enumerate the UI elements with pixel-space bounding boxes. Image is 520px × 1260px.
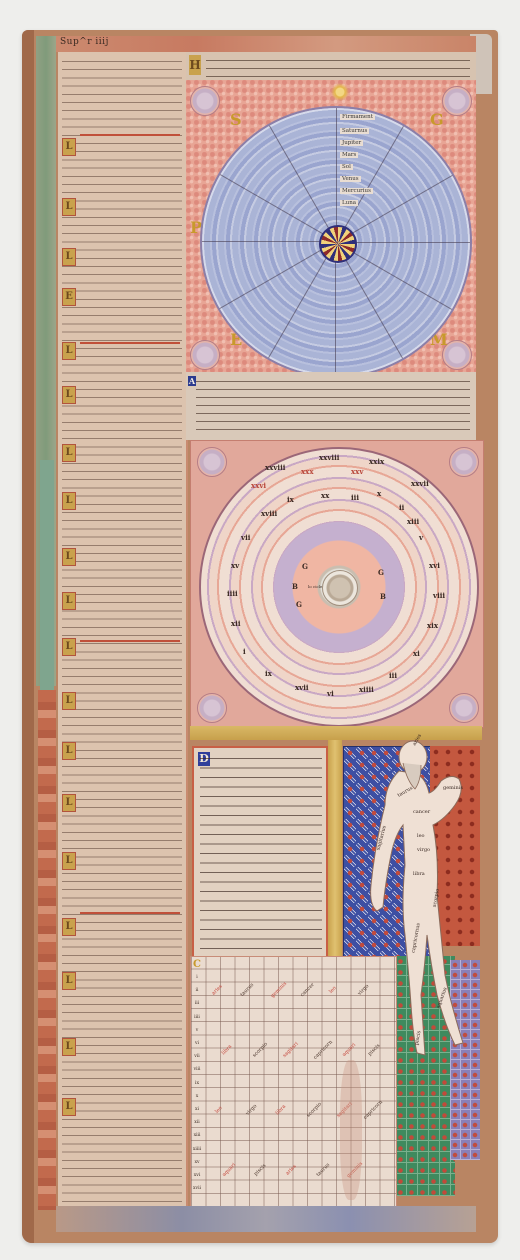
sun-icon: [330, 82, 350, 102]
caption-initial: H: [189, 55, 201, 75]
sign-cell: aquari: [221, 1162, 237, 1178]
row-number: iii: [191, 997, 203, 1010]
red-border-strip: [38, 690, 56, 1210]
corner-medallion: [190, 86, 220, 116]
celestial-spheres-disc: Firmament Saturnus Jupiter Mars Sol Venu…: [200, 106, 472, 378]
left-text-column: L L L E L L L L L L L L L L L L L L L: [58, 52, 188, 1212]
row-number: ii: [191, 984, 203, 997]
ring-numeral: xv: [231, 561, 239, 570]
zodiac-label: cancer: [413, 809, 430, 815]
gold-initial: C: [193, 959, 201, 970]
sphere-label: Mars: [340, 152, 358, 158]
sphere-label: Saturnus: [340, 128, 369, 134]
row-number: ix: [191, 1077, 203, 1090]
spoke-line: [219, 241, 336, 309]
corner-medallion: [197, 447, 227, 477]
lunar-disc: xxviii xxix xxx xxv xxviii xxvi xxvii xx…: [199, 447, 479, 727]
lunar-calendar-wheel: xxviii xxix xxx xxv xxviii xxvi xxvii xx…: [190, 440, 484, 728]
outer-numeral: xxix: [369, 457, 384, 466]
ring-numeral: xx: [321, 491, 329, 500]
sphere-label: Mercurius: [340, 188, 373, 194]
illuminated-initial: L: [62, 972, 76, 990]
row-number: viii: [191, 1063, 203, 1076]
zodiac-instructions-text: D: [192, 746, 328, 958]
dominical-letter: B: [380, 592, 386, 601]
sign-cell: leo: [328, 985, 338, 995]
sign-cell: piscis: [367, 1043, 381, 1057]
corner-medallion: [197, 693, 227, 723]
outer-numeral: xxviii: [319, 453, 339, 462]
moon-sign-table: C i ii iii iiii v vi vii viii ix x xi xi…: [190, 956, 397, 1208]
zodiac-label: libra: [413, 871, 425, 877]
sign-cell: capricorn: [362, 1099, 384, 1121]
sphere-label: Firmament: [340, 114, 375, 120]
lunar-inner-ring: G B G G B lo cicle de la luna: [274, 522, 404, 652]
dominical-letter: G: [378, 568, 384, 577]
volvelle-pivot: [322, 570, 358, 606]
sign-cell: capricorn: [312, 1039, 334, 1061]
illuminated-initial: L: [62, 248, 76, 266]
corner-medallion: [449, 693, 479, 723]
illuminated-initial: L: [62, 918, 76, 936]
rubric-line: [80, 342, 180, 344]
ring-numeral: xii: [231, 619, 241, 628]
gilded-pillar: [328, 740, 342, 956]
zodiac-label: leo: [417, 833, 425, 839]
ring-numeral: iiii: [227, 589, 238, 598]
ring-numeral: vii: [241, 533, 250, 542]
illuminated-initial: L: [62, 138, 76, 156]
sign-cell: taurus: [315, 1162, 331, 1178]
green-border-strip-lower: [40, 460, 54, 690]
sign-cell: aries: [211, 983, 224, 996]
sphere-label: Jupiter: [340, 140, 363, 146]
sign-cell: sagitari: [282, 1041, 300, 1059]
ring-numeral: x: [377, 489, 381, 498]
outer-numeral: xxvii: [411, 479, 429, 488]
header-label: Sup^r iiij: [60, 37, 109, 47]
lunar-wheel-caption: A: [186, 372, 476, 440]
row-number: xvi: [191, 1169, 203, 1182]
ring-numeral: viii: [433, 591, 445, 600]
ring-numeral: ix: [265, 669, 272, 678]
illuminated-initial: L: [62, 592, 76, 610]
sign-cell: libra: [221, 1044, 234, 1057]
illuminated-initial: L: [62, 198, 76, 216]
spoke-line: [220, 174, 337, 242]
illuminated-initial: L: [62, 638, 76, 656]
sign-cell: leo: [214, 1105, 224, 1115]
caption-initial: A: [188, 376, 196, 386]
spoke-line: [269, 125, 337, 242]
row-number: v: [191, 1024, 203, 1037]
sign-cell: aquari: [341, 1042, 357, 1058]
row-number: xv: [191, 1156, 203, 1169]
sign-cell: geminis: [270, 981, 288, 999]
illuminated-initial: L: [62, 1038, 76, 1056]
dominical-letter: G: [302, 562, 308, 571]
illuminated-initial: L: [62, 342, 76, 360]
water-stain: [340, 1060, 362, 1200]
row-number: vi: [191, 1037, 203, 1050]
sign-cell: libra: [275, 1104, 288, 1117]
corner-medallion: [442, 86, 472, 116]
gold-letter: G: [430, 110, 444, 129]
spoke-line: [202, 241, 336, 242]
row-number: vii: [191, 1050, 203, 1063]
sign-cell: taurus: [239, 982, 255, 998]
dominical-letter: B: [292, 582, 298, 591]
corner-medallion: [190, 340, 220, 370]
cosmos-diagram: H S G P E M Firmament Saturnus Jupite: [186, 52, 476, 372]
illuminated-initial: L: [62, 492, 76, 510]
row-number: xii: [191, 1116, 203, 1129]
filigree-background: S G P E M Firmament Saturnus Jupiter Mar…: [186, 80, 476, 372]
ring-numeral: xiiii: [359, 685, 374, 694]
ring-numeral: v: [419, 533, 423, 542]
cosmos-caption: H: [186, 52, 476, 80]
row-number: xvii: [191, 1182, 203, 1195]
ring-numeral: iii: [389, 671, 397, 680]
illuminated-initial: E: [62, 288, 76, 306]
illuminated-initial: L: [62, 1098, 76, 1116]
sphere-label: Sol: [340, 164, 353, 170]
handwritten-text-lines: [62, 56, 182, 1206]
row-number: xiiii: [191, 1143, 203, 1156]
initials-column: L L L E L L L L L L L L L L L L L L L: [60, 52, 78, 1212]
row-number: i: [191, 971, 203, 984]
ring-numeral: ix: [287, 495, 294, 504]
panel-left-edge: [22, 30, 34, 1243]
ring-numeral: xvi: [429, 561, 440, 570]
sign-cell: virgo: [245, 1103, 258, 1116]
ring-numeral: xi: [413, 649, 420, 658]
ring-numeral: xviii: [261, 509, 277, 518]
row-number: x: [191, 1090, 203, 1103]
rubric-line: [80, 134, 180, 136]
sign-cell: aries: [285, 1163, 298, 1176]
dominical-letter: G: [296, 600, 302, 609]
ring-numeral: xvii: [295, 683, 309, 692]
row-number: xi: [191, 1103, 203, 1116]
top-band: Sup^r iiij: [56, 36, 476, 52]
sun-wheel-icon: [319, 225, 357, 263]
sign-cell: scorpio: [252, 1041, 269, 1058]
ring-numeral: iii: [351, 493, 359, 502]
sign-cell: virgo: [357, 983, 370, 996]
zodiac-label: geminis: [443, 785, 463, 791]
bottom-worn-band: [56, 1206, 476, 1232]
caption-text-lines: [206, 55, 470, 77]
ring-numeral: vi: [327, 689, 334, 698]
outer-numeral: xxviii: [265, 463, 285, 472]
ring-numeral: ii: [399, 503, 404, 512]
ring-numeral: xix: [427, 621, 438, 630]
ring-numeral: xiii: [407, 517, 419, 526]
rubric-line: [80, 640, 180, 642]
rubric-line: [80, 912, 180, 914]
row-numbers: i ii iii iiii v vi vii viii ix x xi xii …: [191, 971, 203, 1207]
ring-numeral: i: [243, 647, 246, 656]
sphere-label: Luna: [340, 200, 358, 206]
illuminated-initial: L: [62, 742, 76, 760]
sphere-label: Venus: [340, 176, 361, 182]
row-number: iiii: [191, 1011, 203, 1024]
corner-medallion: [449, 447, 479, 477]
illuminated-initial: L: [62, 386, 76, 404]
illuminated-initial: L: [62, 548, 76, 566]
row-number: xiii: [191, 1129, 203, 1142]
caption-text-lines: [196, 376, 470, 436]
gold-letter: S: [230, 110, 242, 129]
sign-cell: cancer: [299, 982, 315, 998]
zodiac-label: virgo: [417, 847, 430, 853]
outer-numeral: xxx: [301, 467, 314, 476]
illuminated-initial: L: [62, 852, 76, 870]
illuminated-initial: L: [62, 794, 76, 812]
outer-numeral: xxv: [351, 467, 363, 476]
handwritten-text-lines: [200, 752, 322, 952]
sign-cell: piscis: [253, 1163, 267, 1177]
illuminated-initial: L: [62, 692, 76, 710]
outer-numeral: xxvi: [251, 481, 266, 490]
sign-cell: scorpio: [306, 1101, 323, 1118]
spoke-line: [336, 108, 337, 242]
illuminated-initial: L: [62, 444, 76, 462]
